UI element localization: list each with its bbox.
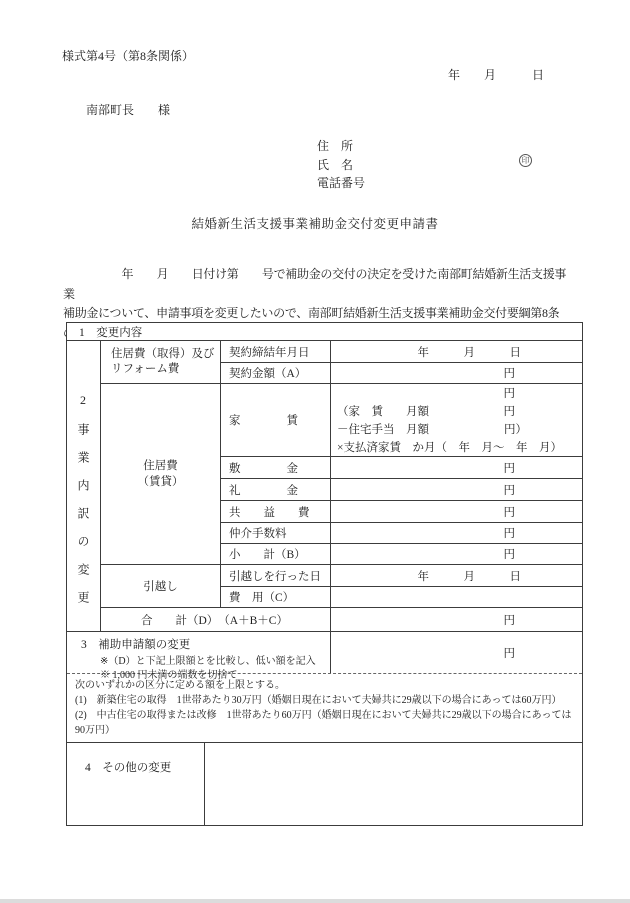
row-label-moving-cost: 費 用（C）: [221, 587, 331, 608]
rent-line3: －住宅手当 月額円）: [331, 420, 582, 438]
rent-line2-left: （家 賃 月額: [337, 403, 429, 419]
category-acquisition-line1: 住居費（取得）及び: [111, 348, 215, 360]
section2-vertical-label: 2事業内訳の変更: [67, 341, 101, 631]
form-number: 様式第4号（第8条関係）: [62, 47, 194, 64]
row-value-common-fee: 円: [331, 501, 582, 523]
section3-value: 円: [331, 632, 582, 673]
category-rental: 住居費 （賃貸）: [101, 384, 221, 565]
seal-character: 印: [522, 155, 530, 166]
row-label-deposit: 敷 金: [221, 457, 331, 479]
row-value-total: 円: [331, 608, 582, 631]
row-value-rent: 円 （家 賃 月額円 －住宅手当 月額円） ×支払済家賃 か月（ 年 月～ 年 …: [331, 384, 582, 457]
section1-heading-row: 1 変更内容: [67, 323, 582, 341]
paragraph-line: 年 月 日付け第 号で補助金の交付の決定を受けた南部町結婚新生活支援事業: [63, 265, 573, 304]
rent-line4: ×支払済家賃 か月（ 年 月～ 年 月）: [331, 438, 582, 456]
scan-edge: [0, 899, 630, 903]
row-value-subtotal: 円: [331, 544, 582, 565]
category-acquisition-line2: リフォーム費: [111, 363, 179, 375]
row-value-broker-fee: 円: [331, 523, 582, 544]
row-label-moving-date: 引越しを行った日: [221, 565, 331, 587]
applicant-phone-label: 電話番号: [317, 174, 365, 193]
applicant-address-label: 住 所: [317, 137, 365, 156]
limit-note-line2: (1) 新築住宅の取得 1世帯あたり30万円（婚姻日現在において夫婦共に29歳以…: [75, 693, 576, 708]
section4-other-changes: 4 その他の変更: [67, 743, 582, 825]
category-rental-line1: 住居費: [143, 458, 178, 474]
addressee: 南部町長 様: [86, 101, 170, 118]
row-label-key-money: 礼 金: [221, 479, 331, 501]
section3-subsidy-amount: 3 補助申請額の変更 ※（D）と下記上限額とを比較し、低い額を記入 ※ 1,00…: [67, 632, 582, 674]
rent-line1-unit: 円: [504, 385, 583, 401]
section4-value-area: [205, 743, 582, 825]
row-value-contract-amount: 円: [331, 363, 582, 384]
rent-line2-unit: 円: [504, 403, 583, 419]
row-label-contract-date: 契約締結年月日: [221, 341, 331, 363]
row-value-key-money: 円: [331, 479, 582, 501]
category-moving: 引越し: [101, 565, 221, 608]
change-details-table: 1 変更内容 2事業内訳の変更 住居費（取得）及び リフォーム費 契約締結年月日…: [66, 322, 583, 826]
rent-line1: 円: [331, 384, 582, 402]
category-rental-line2: （賃貸）: [138, 474, 184, 490]
row-label-broker-fee: 仲介手数料: [221, 523, 331, 544]
section2-breakdown-grid: 2事業内訳の変更 住居費（取得）及び リフォーム費 契約締結年月日 年 月 日 …: [67, 341, 582, 632]
category-acquisition: 住居費（取得）及び リフォーム費: [101, 341, 221, 384]
row-label-subtotal: 小 計（B）: [221, 544, 331, 565]
rent-line3-left: －住宅手当 月額: [337, 421, 429, 437]
section3-heading: 3 補助申請額の変更: [81, 636, 330, 652]
row-label-rent: 家 賃: [221, 384, 331, 457]
seal-stamp-icon: 印: [519, 154, 532, 167]
row-label-total: 合 計（D） （A＋B＋C）: [101, 608, 331, 631]
row-value-deposit: 円: [331, 457, 582, 479]
section3-note1: ※（D）と下記上限額とを比較し、低い額を記入: [100, 655, 330, 669]
applicant-block: 住 所 氏 名 電話番号: [317, 137, 365, 193]
date-line: 年 月 日: [448, 66, 544, 83]
row-value-moving-cost: [331, 587, 582, 608]
rent-line3-unit: 円）: [504, 421, 582, 437]
limit-note-line3: (2) 中古住宅の取得または改修 1世帯あたり60万円（婚姻日現在において夫婦共…: [75, 708, 576, 738]
section3-left: 3 補助申請額の変更 ※（D）と下記上限額とを比較し、低い額を記入 ※ 1,00…: [67, 632, 331, 673]
applicant-name-label: 氏 名: [317, 156, 365, 175]
limit-note-block: 次のいずれかの区分に定める額を上限とする。 (1) 新築住宅の取得 1世帯あたり…: [67, 674, 582, 743]
section1-heading: 1 変更内容: [79, 324, 142, 340]
section4-heading: 4 その他の変更: [67, 743, 205, 825]
paragraph-line: 補助金について、申請事項を変更したいので、南部町結婚新生活支援事業補助金交付要綱…: [63, 304, 573, 324]
row-value-moving-date: 年 月 日: [331, 565, 582, 587]
row-value-contract-date: 年 月 日: [331, 341, 582, 363]
document-page: 様式第4号（第8条関係） 年 月 日 南部町長 様 住 所 氏 名 電話番号 印…: [0, 0, 630, 903]
document-title: 結婚新生活支援事業補助金交付変更申請書: [0, 214, 630, 232]
row-label-common-fee: 共 益 費: [221, 501, 331, 523]
rent-line2: （家 賃 月額円: [331, 402, 582, 420]
row-label-contract-amount: 契約金額（A）: [221, 363, 331, 384]
